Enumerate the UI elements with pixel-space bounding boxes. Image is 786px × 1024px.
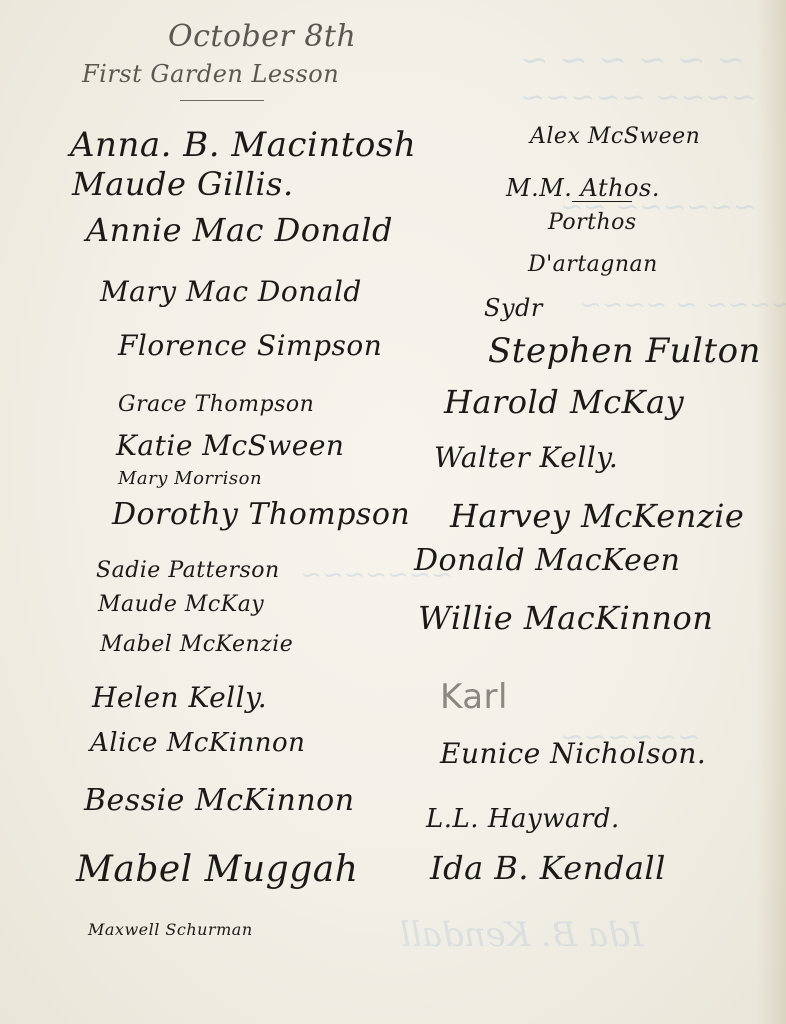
signature: Katie McSween xyxy=(116,432,344,460)
signature: Sadie Patterson xyxy=(96,560,280,582)
signature: M.M. Athos. xyxy=(506,176,660,200)
album-page: ~ ~ ~ ~ ~ ~ ~~~~ ~~~~~ ~~~~~~ ~~ ~~~~ ~ … xyxy=(0,0,786,1024)
bleed-through-text: Ida B. Kendall xyxy=(400,915,643,955)
header-underline xyxy=(180,100,264,101)
signature: Harvey McKenzie xyxy=(450,500,744,532)
signature: Willie MacKinnon xyxy=(418,602,713,634)
header-date: October 8th xyxy=(168,22,356,52)
signature: Karl xyxy=(440,680,508,714)
signature: Maude Gillis. xyxy=(72,168,294,200)
bleed-through-text: ~~~~ ~ ~~~~ xyxy=(580,290,786,320)
signature: Grace Thompson xyxy=(118,394,314,416)
signature: D'artagnan xyxy=(528,254,658,276)
signature: Eunice Nicholson. xyxy=(440,740,706,768)
signature: Stephen Fulton xyxy=(488,334,761,368)
signature: Maude McKay xyxy=(98,594,264,616)
signature: Mary Morrison xyxy=(118,470,262,488)
signature: Helen Kelly. xyxy=(92,684,267,712)
signature: Bessie McKinnon xyxy=(84,786,355,816)
signature: Mabel McKenzie xyxy=(100,634,293,656)
signature-text: M.M. Athos. xyxy=(506,174,660,202)
bleed-through-text: ~~~~ ~~~~~ xyxy=(520,80,756,115)
signature: Maxwell Schurman xyxy=(88,922,253,938)
signature: Florence Simpson xyxy=(118,332,382,360)
signature: Walter Kelly. xyxy=(434,444,618,472)
signature: Dorothy Thompson xyxy=(112,500,410,530)
signature: Donald MacKeen xyxy=(414,546,681,576)
header-subtitle-text: First Garden Lesson xyxy=(82,60,339,88)
signature: Anna. B. Macintosh xyxy=(70,128,416,162)
signature: Ida B. Kendall xyxy=(430,852,666,884)
signature: Porthos xyxy=(548,212,637,234)
signature: Mary Mac Donald xyxy=(100,278,362,306)
signature: Harold McKay xyxy=(444,386,684,418)
header-subtitle: First Garden Lesson xyxy=(82,62,339,86)
signature: Alex McSween xyxy=(530,126,700,148)
signature-underline xyxy=(572,201,632,202)
signature: Sydr xyxy=(484,296,543,320)
signature: Mabel Muggah xyxy=(76,852,358,888)
signature: Annie Mac Donald xyxy=(86,214,393,246)
bleed-through-text: ~ ~ ~ ~ ~ ~ xyxy=(520,40,745,80)
signature: Alice McKinnon xyxy=(90,730,305,756)
signature: L.L. Hayward. xyxy=(426,806,620,832)
